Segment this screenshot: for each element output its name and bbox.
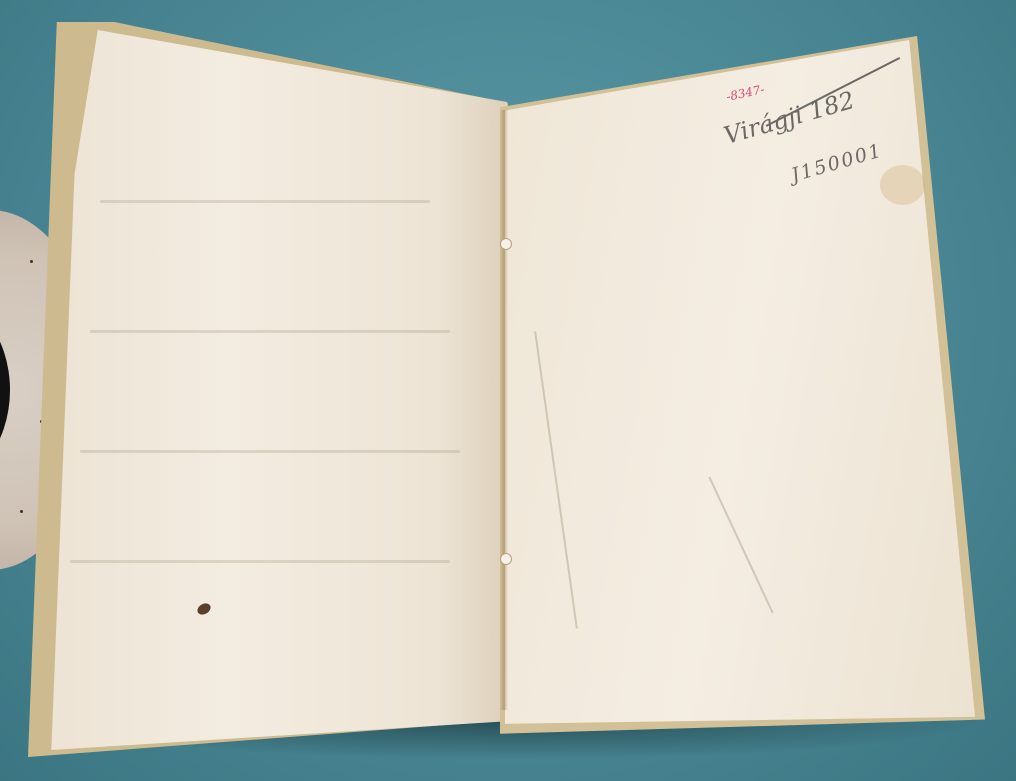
paper-wrinkle	[90, 330, 450, 333]
binding-stitch	[500, 553, 512, 565]
stone-speck	[30, 260, 33, 263]
left-endpaper	[42, 30, 507, 750]
binding-stitch	[500, 238, 512, 250]
paper-wrinkle	[70, 560, 450, 563]
foxing-stain	[880, 165, 925, 205]
stone-speck	[20, 510, 23, 513]
photo-scene: -8347- Virágji 182 J150001	[0, 0, 1016, 781]
paper-wrinkle	[80, 450, 460, 453]
book-gutter	[500, 110, 508, 710]
paper-wrinkle	[100, 200, 430, 203]
